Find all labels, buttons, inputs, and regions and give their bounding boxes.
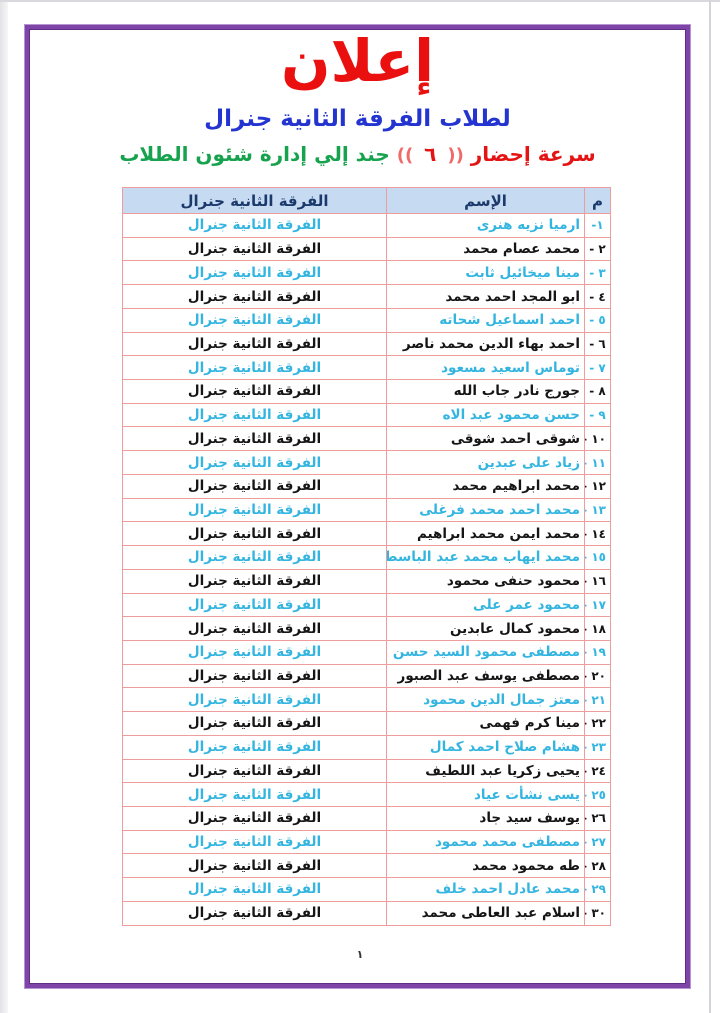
student-class: الفرقة الثانية جنرال bbox=[123, 617, 387, 641]
table-row: ٧ - توماس اسعيد مسعود الفرقة الثانية جنر… bbox=[123, 356, 611, 380]
table-row: ٣٠ - اسلام عبد العاطى محمد الفرقة الثاني… bbox=[123, 901, 611, 925]
student-class: الفرقة الثانية جنرال bbox=[123, 214, 387, 238]
student-name: محمود حنفى محمود bbox=[387, 569, 585, 593]
column-header-name: الإسم bbox=[387, 188, 585, 214]
table-row: ٢ - محمد عصام محمد الفرقة الثانية جنرال bbox=[123, 237, 611, 261]
page-number: ١ bbox=[340, 948, 380, 961]
table-row: ١٥ - محمد ايهاب محمد عبد الباسط الفرقة ا… bbox=[123, 546, 611, 570]
table-row: ٣ - مينا ميخائيل ثابت الفرقة الثانية جنر… bbox=[123, 261, 611, 285]
row-number: ٢ - bbox=[585, 237, 611, 261]
student-class: الفرقة الثانية جنرال bbox=[123, 474, 387, 498]
student-name: زياد على عبدين bbox=[387, 451, 585, 475]
notice-suffix: جند إلي إدارة شئون الطلاب bbox=[119, 142, 389, 166]
student-class: الفرقة الثانية جنرال bbox=[123, 735, 387, 759]
student-name: محمد ابراهيم محمد bbox=[387, 474, 585, 498]
announcement-page: { "page": { "title": "إعلان", "subtitle"… bbox=[0, 0, 720, 1013]
student-name: اسلام عبد العاطى محمد bbox=[387, 901, 585, 925]
row-number: ٢٦ - bbox=[585, 806, 611, 830]
notice-line: سرعة إحضار (( ٦ )) جند إلي إدارة شئون ال… bbox=[25, 142, 690, 166]
row-number: ٩ - bbox=[585, 403, 611, 427]
notice-number: ٦ bbox=[420, 142, 440, 166]
student-name: معتز جمال الدين محمود bbox=[387, 688, 585, 712]
student-name: مينا كرم فهمى bbox=[387, 712, 585, 736]
student-name: ارميا نزيه هنرى bbox=[387, 214, 585, 238]
student-name: مصطفى محمود السيد حسن bbox=[387, 640, 585, 664]
student-name: يوسف سيد جاد bbox=[387, 806, 585, 830]
student-class: الفرقة الثانية جنرال bbox=[123, 759, 387, 783]
student-name: محمود عمر على bbox=[387, 593, 585, 617]
student-class: الفرقة الثانية جنرال bbox=[123, 261, 387, 285]
students-table: م الإسم الفرقة الثانية جنرال ١- ارميا نز… bbox=[122, 187, 611, 926]
table-row: ٢٥ - يسى نشأت عياد الفرقة الثانية جنرال bbox=[123, 783, 611, 807]
student-class: الفرقة الثانية جنرال bbox=[123, 640, 387, 664]
student-class: الفرقة الثانية جنرال bbox=[123, 403, 387, 427]
student-class: الفرقة الثانية جنرال bbox=[123, 522, 387, 546]
scan-edge-right bbox=[709, 0, 711, 1013]
student-class: الفرقة الثانية جنرال bbox=[123, 380, 387, 404]
row-number: ٣٠ - bbox=[585, 901, 611, 925]
table-row: ١٩ - مصطفى محمود السيد حسن الفرقة الثاني… bbox=[123, 640, 611, 664]
table-row: ١٣ - محمد احمد محمد فرغلى الفرقة الثانية… bbox=[123, 498, 611, 522]
notice-paren-close: )) bbox=[397, 145, 413, 166]
student-class: الفرقة الثانية جنرال bbox=[123, 308, 387, 332]
student-name: محمد احمد محمد فرغلى bbox=[387, 498, 585, 522]
row-number: ١٥ - bbox=[585, 546, 611, 570]
table-row: ٥ - احمد اسماعيل شحاته الفرقة الثانية جن… bbox=[123, 308, 611, 332]
student-class: الفرقة الثانية جنرال bbox=[123, 285, 387, 309]
column-header-number: م bbox=[585, 188, 611, 214]
row-number: ٢٠ - bbox=[585, 664, 611, 688]
row-number: ٢٣ - bbox=[585, 735, 611, 759]
student-class: الفرقة الثانية جنرال bbox=[123, 806, 387, 830]
student-class: الفرقة الثانية جنرال bbox=[123, 783, 387, 807]
notice-prefix: سرعة إحضار bbox=[471, 142, 596, 166]
student-name: محمد عصام محمد bbox=[387, 237, 585, 261]
page-title: إعلان bbox=[25, 28, 690, 95]
row-number: ١٠ - bbox=[585, 427, 611, 451]
row-number: ٢٧ - bbox=[585, 830, 611, 854]
table-row: ١٨ - محمود كمال عابدين الفرقة الثانية جن… bbox=[123, 617, 611, 641]
table-row: ٢٠ - مصطفى يوسف عبد الصبور الفرقة الثاني… bbox=[123, 664, 611, 688]
student-class: الفرقة الثانية جنرال bbox=[123, 569, 387, 593]
table-row: ١٧ - محمود عمر على الفرقة الثانية جنرال bbox=[123, 593, 611, 617]
row-number: ٤ - bbox=[585, 285, 611, 309]
table-row: ١- ارميا نزيه هنرى الفرقة الثانية جنرال bbox=[123, 214, 611, 238]
row-number: ١- bbox=[585, 214, 611, 238]
table-row: ٢٧ - مصطفى محمد محمود الفرقة الثانية جنر… bbox=[123, 830, 611, 854]
table-body: ١- ارميا نزيه هنرى الفرقة الثانية جنرال … bbox=[123, 214, 611, 926]
student-name: محمد ايمن محمد ابراهيم bbox=[387, 522, 585, 546]
student-class: الفرقة الثانية جنرال bbox=[123, 427, 387, 451]
student-name: شوقى احمد شوقى bbox=[387, 427, 585, 451]
table-row: ٢٤ - يحيى زكريا عبد اللطيف الفرقة الثاني… bbox=[123, 759, 611, 783]
row-number: ٢١ - bbox=[585, 688, 611, 712]
student-name: توماس اسعيد مسعود bbox=[387, 356, 585, 380]
student-name: محمود كمال عابدين bbox=[387, 617, 585, 641]
table-row: ١٠ - شوقى احمد شوقى الفرقة الثانية جنرال bbox=[123, 427, 611, 451]
table-row: ٩ - حسن محمود عبد الاه الفرقة الثانية جن… bbox=[123, 403, 611, 427]
student-class: الفرقة الثانية جنرال bbox=[123, 498, 387, 522]
student-class: الفرقة الثانية جنرال bbox=[123, 901, 387, 925]
row-number: ١١ - bbox=[585, 451, 611, 475]
student-class: الفرقة الثانية جنرال bbox=[123, 878, 387, 902]
row-number: ٢٨ - bbox=[585, 854, 611, 878]
table-row: ٢٨ - طه محمود محمد الفرقة الثانية جنرال bbox=[123, 854, 611, 878]
table-row: ١١ - زياد على عبدين الفرقة الثانية جنرال bbox=[123, 451, 611, 475]
table-header: م الإسم الفرقة الثانية جنرال bbox=[123, 188, 611, 214]
row-number: ٦ - bbox=[585, 332, 611, 356]
row-number: ٣ - bbox=[585, 261, 611, 285]
row-number: ١٧ - bbox=[585, 593, 611, 617]
student-class: الفرقة الثانية جنرال bbox=[123, 356, 387, 380]
table-row: ١٢ - محمد ابراهيم محمد الفرقة الثانية جن… bbox=[123, 474, 611, 498]
table-row: ١٤ - محمد ايمن محمد ابراهيم الفرقة الثان… bbox=[123, 522, 611, 546]
student-class: الفرقة الثانية جنرال bbox=[123, 546, 387, 570]
table-row: ٨ - جورج نادر جاب الله الفرقة الثانية جن… bbox=[123, 380, 611, 404]
row-number: ٢٤ - bbox=[585, 759, 611, 783]
page-subtitle: لطلاب الفرقة الثانية جنرال bbox=[25, 106, 690, 132]
student-name: يحيى زكريا عبد اللطيف bbox=[387, 759, 585, 783]
row-number: ١٢ - bbox=[585, 474, 611, 498]
table-row: ٢١ - معتز جمال الدين محمود الفرقة الثاني… bbox=[123, 688, 611, 712]
student-class: الفرقة الثانية جنرال bbox=[123, 688, 387, 712]
student-class: الفرقة الثانية جنرال bbox=[123, 664, 387, 688]
table-row: ١٦ - محمود حنفى محمود الفرقة الثانية جنر… bbox=[123, 569, 611, 593]
scan-edge-left bbox=[0, 0, 8, 1013]
student-name: محمد ايهاب محمد عبد الباسط bbox=[387, 546, 585, 570]
table-row: ٢٩ - محمد عادل احمد خلف الفرقة الثانية ج… bbox=[123, 878, 611, 902]
student-class: الفرقة الثانية جنرال bbox=[123, 237, 387, 261]
scan-edge-top bbox=[0, 0, 720, 2]
student-name: احمد بهاء الدين محمد ناصر bbox=[387, 332, 585, 356]
table-row: ٢٢ - مينا كرم فهمى الفرقة الثانية جنرال bbox=[123, 712, 611, 736]
row-number: ١٤ - bbox=[585, 522, 611, 546]
student-name: جورج نادر جاب الله bbox=[387, 380, 585, 404]
student-name: محمد عادل احمد خلف bbox=[387, 878, 585, 902]
row-number: ٢٢ - bbox=[585, 712, 611, 736]
student-class: الفرقة الثانية جنرال bbox=[123, 854, 387, 878]
table-row: ٦ - احمد بهاء الدين محمد ناصر الفرقة الث… bbox=[123, 332, 611, 356]
student-class: الفرقة الثانية جنرال bbox=[123, 332, 387, 356]
column-header-class: الفرقة الثانية جنرال bbox=[123, 188, 387, 214]
notice-paren-open: (( bbox=[447, 145, 463, 166]
row-number: ٢٩ - bbox=[585, 878, 611, 902]
student-name: مصطفى محمد محمود bbox=[387, 830, 585, 854]
row-number: ١٨ - bbox=[585, 617, 611, 641]
student-name: مينا ميخائيل ثابت bbox=[387, 261, 585, 285]
student-name: حسن محمود عبد الاه bbox=[387, 403, 585, 427]
student-class: الفرقة الثانية جنرال bbox=[123, 451, 387, 475]
row-number: ٥ - bbox=[585, 308, 611, 332]
student-class: الفرقة الثانية جنرال bbox=[123, 593, 387, 617]
row-number: ٢٥ - bbox=[585, 783, 611, 807]
row-number: ١٩ - bbox=[585, 640, 611, 664]
table-row: ٢٦ - يوسف سيد جاد الفرقة الثانية جنرال bbox=[123, 806, 611, 830]
table-row: ٤ - ابو المجد احمد محمد الفرقة الثانية ج… bbox=[123, 285, 611, 309]
student-name: مصطفى يوسف عبد الصبور bbox=[387, 664, 585, 688]
row-number: ٧ - bbox=[585, 356, 611, 380]
student-name: يسى نشأت عياد bbox=[387, 783, 585, 807]
row-number: ٨ - bbox=[585, 380, 611, 404]
student-name: طه محمود محمد bbox=[387, 854, 585, 878]
student-name: ابو المجد احمد محمد bbox=[387, 285, 585, 309]
student-name: هشام صلاح احمد كمال bbox=[387, 735, 585, 759]
student-class: الفرقة الثانية جنرال bbox=[123, 830, 387, 854]
row-number: ١٦ - bbox=[585, 569, 611, 593]
student-class: الفرقة الثانية جنرال bbox=[123, 712, 387, 736]
row-number: ١٣ - bbox=[585, 498, 611, 522]
student-name: احمد اسماعيل شحاته bbox=[387, 308, 585, 332]
table-row: ٢٣ - هشام صلاح احمد كمال الفرقة الثانية … bbox=[123, 735, 611, 759]
